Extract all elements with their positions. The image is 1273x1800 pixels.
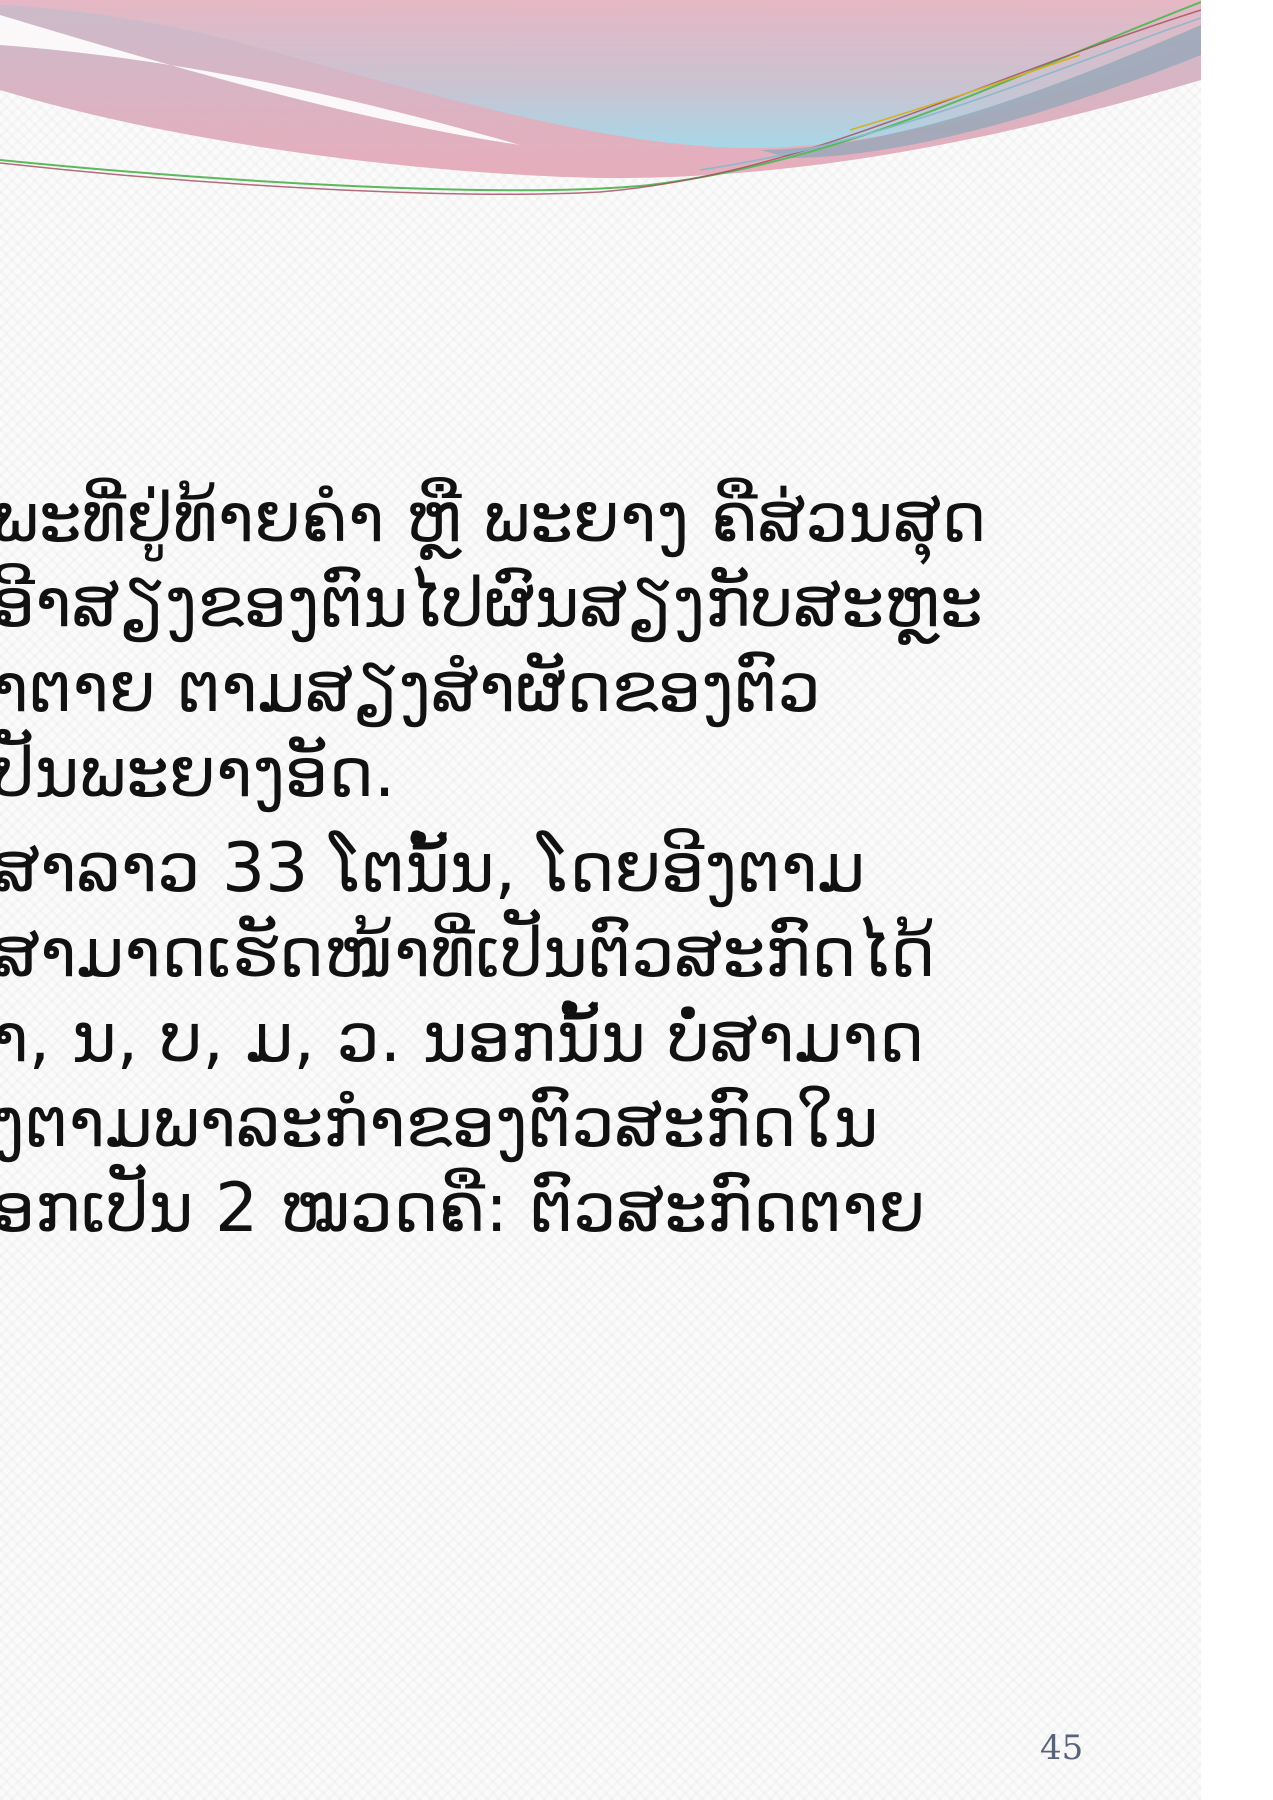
text-line: ອີາສຽງຂອງຕົນໄປຜົນສຽງກັບສະຫຼະ: [0, 570, 983, 638]
text-line: ງຕາມພາລະກໍາຂອງຕົວສະກົດໃນ: [0, 1090, 878, 1158]
text-line: ສາລາວ 33 ໂຕນັ້ນ, ໂດຍອີງຕາມ: [0, 835, 865, 903]
slide: ພະທີ່ຢູ່ທ້າຍຄໍາ ຫຼື ພະຍາງ ຄືສ່ວນສຸດ ອີາສ…: [0, 0, 1201, 1800]
slide-body-text: ພະທີ່ຢູ່ທ້າຍຄໍາ ຫຼື ພະຍາງ ຄືສ່ວນສຸດ ອີາສ…: [0, 0, 1201, 1800]
text-line: ປັນພະຍາງອັດ.: [0, 740, 395, 808]
page-number: 45: [1040, 1728, 1083, 1768]
text-line: ພະທີ່ຢູ່ທ້າຍຄໍາ ຫຼື ພະຍາງ ຄືສ່ວນສຸດ: [0, 485, 987, 553]
text-line: ອກເປັນ 2 ໝວດຄື: ຕົວສະກົດຕາຍ: [0, 1175, 925, 1243]
text-line: າ, ນ, ບ, ມ, ວ. ນອກນັ້ນ ບໍ່ສາມາດ: [0, 1005, 924, 1073]
text-line: າຕາຍ ຕາມສຽງສໍາຜັດຂອງຕົວ: [0, 655, 821, 723]
text-line: ສາມາດເຮັດໜ້າທີ່ເປັນຕົວສະກົດໄດ້: [0, 920, 935, 988]
